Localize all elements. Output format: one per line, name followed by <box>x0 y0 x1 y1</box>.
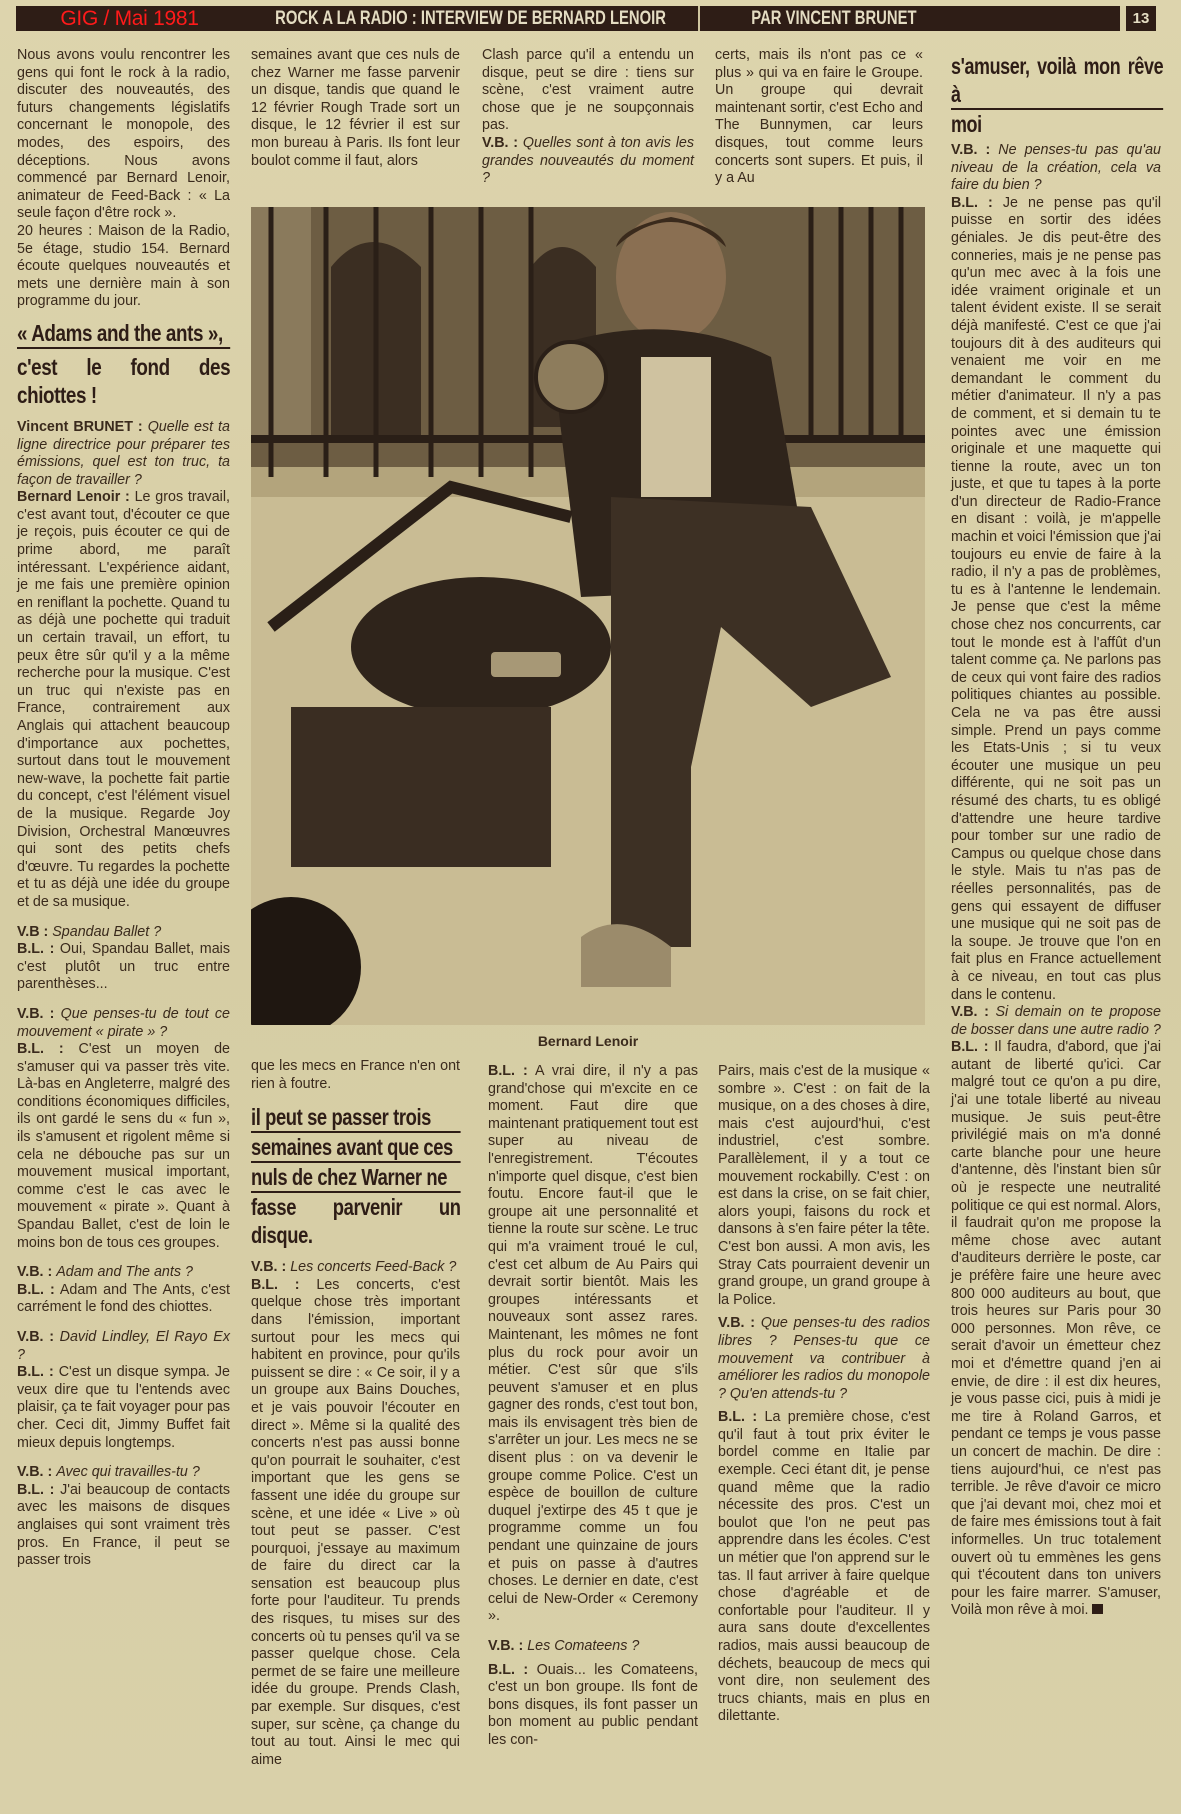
setting-paragraph: 20 heures : Maison de la Radio, 5e étage… <box>17 223 230 311</box>
question: V.B. : Que penses-tu des radios libres ?… <box>718 1315 930 1403</box>
question: V.B. : Adam and The ants ? <box>17 1264 230 1282</box>
intro-paragraph: Nous avons voulu rencontrer les gens qui… <box>17 47 230 223</box>
column-5: s'amuser, voilà mon rêve à moi V.B. : Ne… <box>951 52 1161 1620</box>
question: Vincent BRUNET : Quelle est ta ligne dir… <box>17 419 230 489</box>
question: V.B. : Que penses-tu de tout ce mouvemen… <box>17 1006 230 1041</box>
column-3-bottom: B.L. : A vrai dire, il n'y a pas grand'c… <box>488 1063 698 1750</box>
answer: B.L. : C'est un moyen de s'amuser qui va… <box>17 1041 230 1252</box>
page-number: 13 <box>1133 10 1150 27</box>
question: V.B. : Les concerts Feed-Back ? <box>251 1259 460 1277</box>
question: V.B. : Si demain on te propose de bosser… <box>951 1004 1161 1039</box>
answer: B.L. : C'est un disque sympa. Je veux di… <box>17 1364 230 1452</box>
magazine-page: GIG / Mai 1981 ROCK A LA RADIO : INTERVI… <box>0 0 1181 1814</box>
answer: B.L. : Les concerts, c'est quelque chose… <box>251 1277 460 1770</box>
article-title-band: ROCK A LA RADIO : INTERVIEW DE BERNARD L… <box>243 6 700 31</box>
question: V.B : Spandau Ballet ? <box>17 924 230 942</box>
question: V.B. : Ne penses-tu pas qu'au niveau de … <box>951 142 1161 195</box>
man-on-motorcycle-image <box>251 207 925 1025</box>
issue-date: GIG / Mai 1981 <box>60 7 198 31</box>
subhead-adams: « Adams and the ants », c'est le fond de… <box>17 319 230 409</box>
byline: PAR VINCENT BRUNET <box>751 8 916 30</box>
column-1: Nous avons voulu rencontrer les gens qui… <box>17 47 230 1570</box>
answer: B.L. : Je ne pense pas qu'il puisse en s… <box>951 195 1161 1004</box>
question: V.B. : Les Comateens ? <box>488 1638 698 1656</box>
answer: B.L. : A vrai dire, il n'y a pas grand'c… <box>488 1063 698 1626</box>
question: V.B. : David Lindley, El Rayo Ex ? <box>17 1329 230 1364</box>
portrait-photo <box>251 207 925 1025</box>
answer: B.L. : Adam and The Ants, c'est carrémen… <box>17 1282 230 1317</box>
article-title: ROCK A LA RADIO : INTERVIEW DE BERNARD L… <box>275 8 666 30</box>
column-4-top: certs, mais ils n'ont pas ce « plus » qu… <box>715 47 923 188</box>
end-of-article-mark <box>1092 1604 1103 1614</box>
photo-caption: Bernard Lenoir <box>251 1033 925 1049</box>
answer: B.L. : J'ai beaucoup de contacts avec le… <box>17 1482 230 1570</box>
byline-band: PAR VINCENT BRUNET <box>700 6 1125 31</box>
question: V.B. : Avec qui travailles-tu ? <box>17 1464 230 1482</box>
answer: B.L. : Ouais... les Comateens, c'est un … <box>488 1662 698 1750</box>
answer: B.L. : La première chose, c'est qu'il fa… <box>718 1409 930 1726</box>
question: V.B. : Quelles sont à ton avis les grand… <box>482 135 694 188</box>
column-2-bottom: que les mecs en France n'en ont rien à f… <box>251 1058 460 1769</box>
subhead-warner: il peut se passer trois semaines avant q… <box>251 1103 461 1249</box>
answer: Bernard Lenoir : Le gros travail, c'est … <box>17 489 230 911</box>
column-3-top: Clash parce qu'il a entendu un disque, p… <box>482 47 694 188</box>
page-number-box: 13 <box>1120 6 1156 31</box>
answer: B.L. : Il faudra, d'abord, que j'ai auta… <box>951 1039 1161 1620</box>
issue-label: GIG / Mai 1981 <box>16 6 243 31</box>
subhead-reve: s'amuser, voilà mon rêve à moi <box>951 52 1163 138</box>
answer: B.L. : Oui, Spandau Ballet, mais c'est p… <box>17 941 230 994</box>
column-2-top: semaines avant que ces nuls de chez Warn… <box>251 47 460 170</box>
column-4-bottom: Pairs, mais c'est de la musique « sombre… <box>718 1063 930 1726</box>
